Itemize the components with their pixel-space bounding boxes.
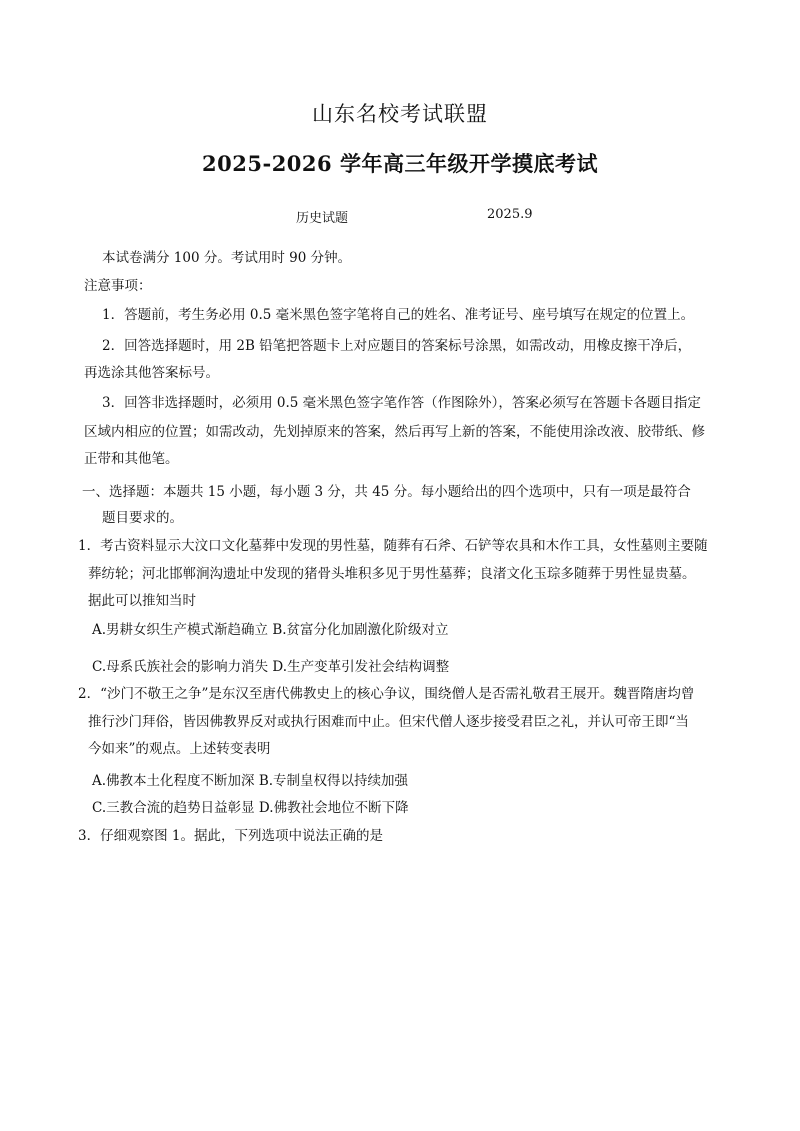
option-row-ab: A.佛教本土化程度不断加深 B.专制皇权得以持续加强 <box>92 769 408 789</box>
notice-item-1: 1．答题前，考生务必用 0.5 毫米黑色签字笔将自己的姓名、准考证号、座号填写在… <box>102 303 694 323</box>
section-heading-cont: 题目要求的。 <box>102 506 183 526</box>
notice-item-2-cont: 再选涂其他答案标号。 <box>84 361 219 381</box>
notice-item-3-cont: 区域内相应的位置；如需改动，先划掉原来的答案，然后再写上新的答案，不能使用涂改液… <box>84 420 705 440</box>
notice-label: 注意事项： <box>84 274 152 294</box>
org-title: 山东名校考试联盟 <box>0 98 800 128</box>
option-row-cd: C.三教合流的趋势日益彰显 D.佛教社会地位不断下降 <box>92 796 409 816</box>
subject-label: 历史试题 <box>296 207 348 226</box>
exam-title: 2025-2026 学年高三年级开学摸底考试 <box>0 148 800 178</box>
question-text: 今如来”的观点。上述转变表明 <box>88 737 270 757</box>
question-text: 葬纺轮；河北邯郸涧沟遗址中发现的猪骨头堆积多见于男性墓葬；良渚文化玉琮多随葬于男… <box>88 562 696 582</box>
score-time-text: 本试卷满分 100 分。考试用时 90 分钟。 <box>102 246 351 266</box>
notice-item-2: 2．回答选择题时，用 2B 铅笔把答题卡上对应题目的答案标号涂黑，如需改动，用橡… <box>102 334 691 354</box>
question-text: 3．仔细观察图 1。据此，下列选项中说法正确的是 <box>78 824 383 844</box>
section-heading: 一、选择题：本题共 15 小题，每小题 3 分，共 45 分。每小题给出的四个选… <box>82 480 691 500</box>
notice-item-3-cont2: 正带和其他笔。 <box>84 447 179 467</box>
option-row-cd: C.母系氏族社会的影响力消失 D.生产变革引发社会结构调整 <box>92 655 449 675</box>
option-row-ab: A.男耕女织生产模式渐趋确立 B.贫富分化加剧激化阶级对立 <box>92 618 449 638</box>
exam-date: 2025.9 <box>487 207 533 222</box>
question-text: 据此可以推知当时 <box>88 589 196 609</box>
question-text: 2．“沙门不敬王之争”是东汉至唐代佛教史上的核心争议，围绕僧人是否需礼敬君王展开… <box>78 682 694 702</box>
notice-item-3: 3．回答非选择题时，必须用 0.5 毫米黑色签字笔作答（作图除外），答案必须写在… <box>102 391 701 411</box>
question-text: 1．考古资料显示大汶口文化墓葬中发现的男性墓，随葬有石斧、石铲等农具和木作工具，… <box>78 534 708 554</box>
question-text: 推行沙门拜俗，皆因佛教界反对或执行困难而中止。但宋代僧人逐步接受君臣之礼，并认可… <box>88 710 689 730</box>
